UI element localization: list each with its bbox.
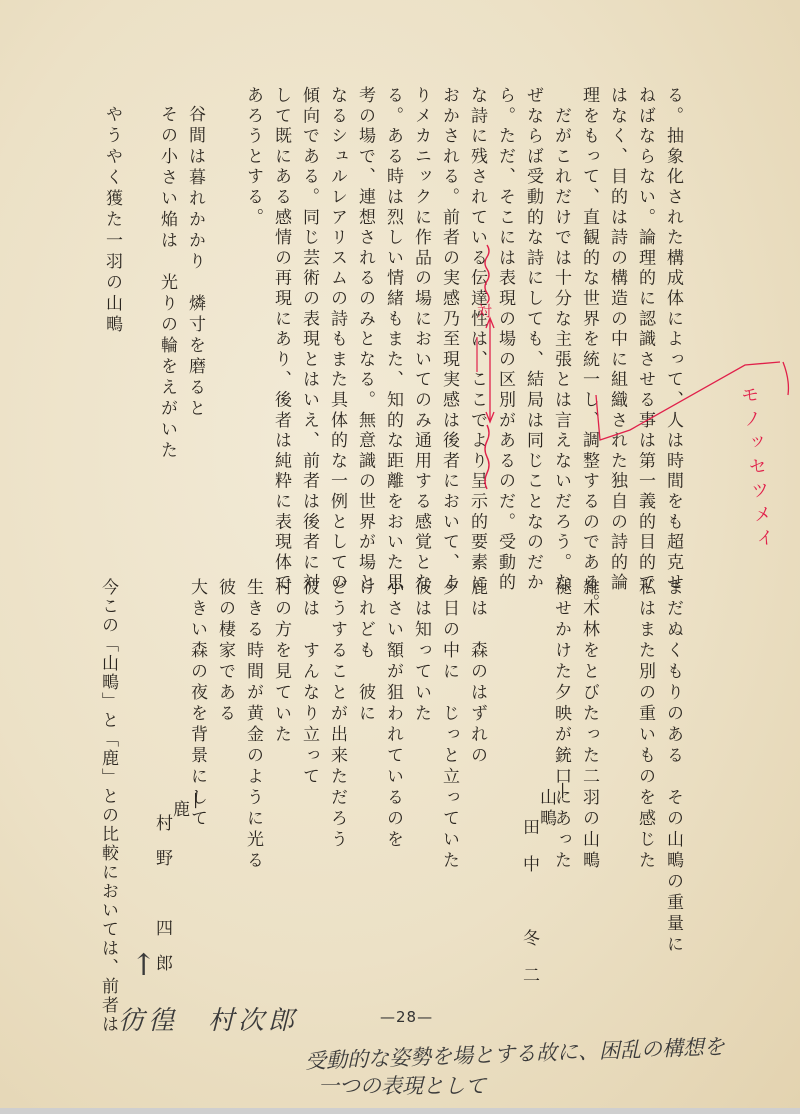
handwritten-note: 一つの表現として	[318, 1070, 486, 1100]
prose-column: ら。ただ、そこには表現の場の区別があるのだ。受動的	[496, 86, 513, 594]
page-number: —28—	[380, 1008, 433, 1026]
prose-column: 今この「山鴫」と「鹿」との比較においては、前者は	[99, 578, 116, 1034]
prose-column: りメカニックに作品の場においてのみ通用する感覚とな	[412, 86, 429, 594]
poem-line: 雑木林をとびたった二羽の山鴫	[580, 578, 597, 872]
handwritten-note: 彷徨 村次郎	[118, 1000, 298, 1037]
prose-column: る。ある時は烈しい情緒もまた、知的な距離をおいた思	[384, 86, 401, 594]
attribution-title: 鹿	[170, 800, 187, 989]
poem-line: 彼は すんなり立って	[300, 578, 317, 788]
poem-line: けれども 彼に	[356, 578, 373, 725]
poem-line: やうやく獲た一羽の山鴫	[103, 105, 120, 336]
poem-line: その小さい焔は 光りの輪をえがいた	[158, 105, 175, 462]
attribution-author: 田中 冬二	[520, 818, 537, 1003]
poem-attribution: — 鹿 村野 四郎	[153, 792, 204, 989]
poem-line: 彼は知っていた	[412, 578, 429, 725]
poem-line: まだぬくもりのある その山鴫の重量に	[664, 578, 681, 956]
prose-column: して既にある感情の再現にあり、後者は純粋に表現体で	[272, 86, 289, 594]
poem-attribution: — 山鴫 田中 冬二	[520, 782, 571, 1003]
poem-line: 彼の棲家である	[216, 578, 233, 725]
poem-line: 小さい額が狙われているのを	[384, 578, 401, 851]
prose-column: はなく、目的は詩の構造の中に組織された独自の詩的論	[608, 86, 625, 594]
poem-line: 村の方を見ていた	[272, 578, 289, 746]
attribution-dash: —	[554, 782, 571, 1003]
prose-column: 考の場で、連想されるのみとなる。無意識の世界が場と	[356, 86, 373, 594]
prose-column: ねばならない。論理的に認識させる事は第一義的目的で	[636, 86, 653, 594]
attribution-dash: —	[187, 792, 204, 989]
prose-column: あろうとする。	[244, 86, 261, 228]
handwritten-note: 受動的な姿勢を場とする故に、困乱の構想を	[305, 1031, 726, 1076]
poem-line: 鹿は 森のはずれの	[468, 578, 485, 767]
prose-column: だがこれだけでは十分な主張とは言えないだろう。な	[552, 86, 569, 594]
prose-column: ぜならば受動的な詩にしても、結局は同じことなのだか	[524, 86, 541, 594]
poem-line: 私はまた別の重いものを感じた	[636, 578, 653, 872]
red-margin-note: モノッセツメイ	[734, 384, 777, 554]
prose-column: 傾向である。同じ芸術の表現とはいえ、前者は後者に対	[300, 86, 317, 594]
red-inline-note: 対	[477, 300, 492, 321]
poem-line: どうすることが出来ただろう	[328, 578, 345, 851]
prose-column: おかされる。前者の実感乃至現実感は後者において、よ	[440, 86, 457, 594]
prose-column: な詩に残されている伝達性は、ここでより呈示的要素に	[468, 86, 485, 594]
page-edge	[0, 1108, 800, 1114]
prose-column: る。抽象化された構成体によって、人は時間をも超克せ	[664, 86, 681, 594]
attribution-title: 山鴫	[537, 788, 554, 1003]
prose-column: 理をもって、直観的な世界を統一し、調整するのである。	[580, 86, 597, 614]
prose-column: なるシュルレアリスムの詩もまた具体的な一例としての	[328, 86, 345, 594]
poem-line: 谷間は暮れかかり 燐寸を磨ると	[186, 105, 203, 420]
poem-line: 夕日の中に じっと立っていた	[440, 578, 457, 872]
poem-line: 生きる時間が黄金のように光る	[244, 578, 261, 872]
document-page: る。抽象化された構成体によって、人は時間をも超克せ ねばならない。論理的に認識さ…	[0, 0, 800, 1108]
arrow-up-icon: ↑	[131, 948, 156, 983]
